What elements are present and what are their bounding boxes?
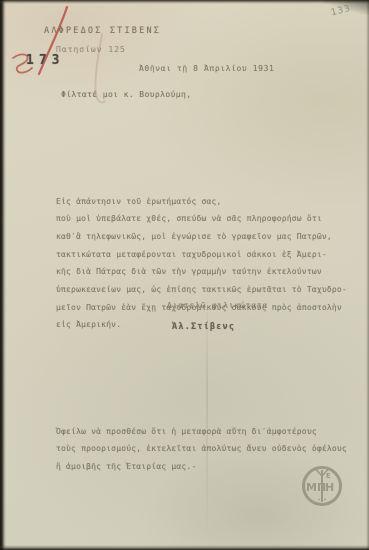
body-line: τακτικώτατα μεταφέρονται ταχυδρομικοὶ σά… [56,246,356,264]
body-paragraph-2: Ὀφείλω νὰ προσθέσω ὅτι ἡ μεταφορὰ αὕτη δ… [56,370,356,476]
letterhead-sender-address: Πατησίων 125 [56,45,126,54]
salutation: Φίλτατέ μοι κ. Βουρλούμη, [61,90,191,99]
closing-line: Διατελῶ φιλικώτατα [167,301,268,310]
body-line: Εἰς ἀπάντησιν τοῦ ἐρωτήματός σας, [56,193,356,211]
body-line: ποὺ μοὶ ὑπεβάλατε χθές, σπεύδω νὰ σᾶς πλ… [56,210,356,228]
scan-edge-bottom [0,545,369,550]
body-line: Ὀφείλω νὰ προσθέσω ὅτι ἡ μεταφορὰ αὕτη δ… [56,423,356,441]
body-line: ὑπερωκεανείων μας, ὡς ἐπίσης τακτικῶς ἐρ… [56,281,356,299]
archive-seal: ΜΠ Η Ε [299,463,345,509]
seal-letter-top: Ε [326,472,331,480]
letterhead-sender-name: ΑΛΦΡΕΔΟΣ ΣΤΙΒΕΝΣ [44,26,161,36]
body-line: κῆς διὰ Πάτρας διὰ τῶν τὴν γραμμὴν ταύτη… [56,263,356,281]
document-number-stamp: 173 [26,53,64,68]
seal-letters-left: ΜΠ [306,481,326,494]
scanned-letter-page: 133 ΑΛΦΡΕΔΟΣ ΣΤΙΒΕΝΣ Πατησίων 125 173 Ἀθ… [0,0,369,550]
dateline: Ἀθῆναι τῇ 8 Ἀπριλίου 1931 [139,64,274,73]
body-line: καθ᾽ἃ τηλεφωνικῶς, μοὶ ἐγνώρισε τὸ γραφε… [56,228,356,246]
body-line: τοὺς προορισμούς, ἐκτελεῖται ἀπολύτως ἄν… [56,440,356,458]
signature: Ἀλ.Στίβενς [172,322,235,332]
seal-letters-right: Η [325,481,334,494]
